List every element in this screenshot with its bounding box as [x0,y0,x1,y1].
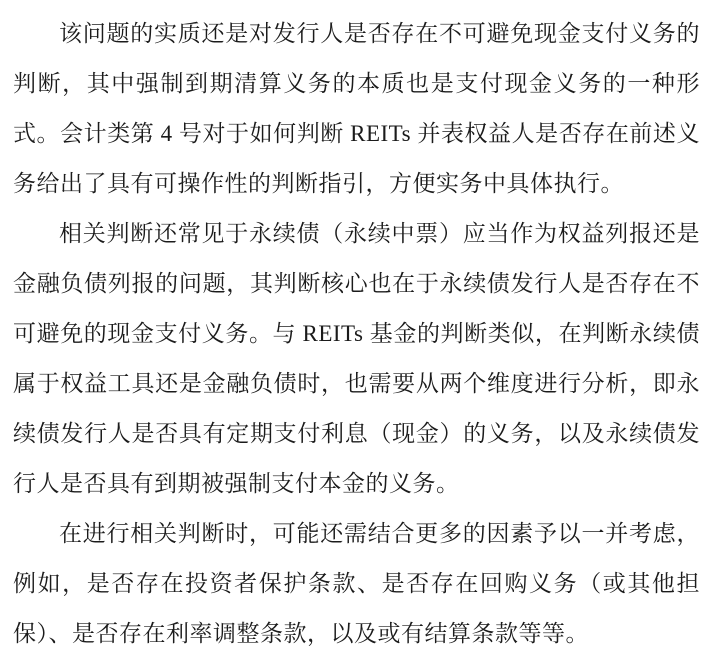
paragraph-cash-payment-obligation: 该问题的实质还是对发行人是否存在不可避免现金支付义务的判断，其中强制到期清算义务… [13,9,700,209]
paragraph-perpetual-bond-judgment: 相关判断还常见于永续债（永续中票）应当作为权益列报还是金融负债列报的问题，其判断… [13,209,700,509]
document-page: 该问题的实质还是对发行人是否存在不可避免现金支付义务的判断，其中强制到期清算义务… [0,0,714,671]
paragraph-additional-factors: 在进行相关判断时，可能还需结合更多的因素予以一并考虑，例如，是否存在投资者保护条… [13,509,700,659]
